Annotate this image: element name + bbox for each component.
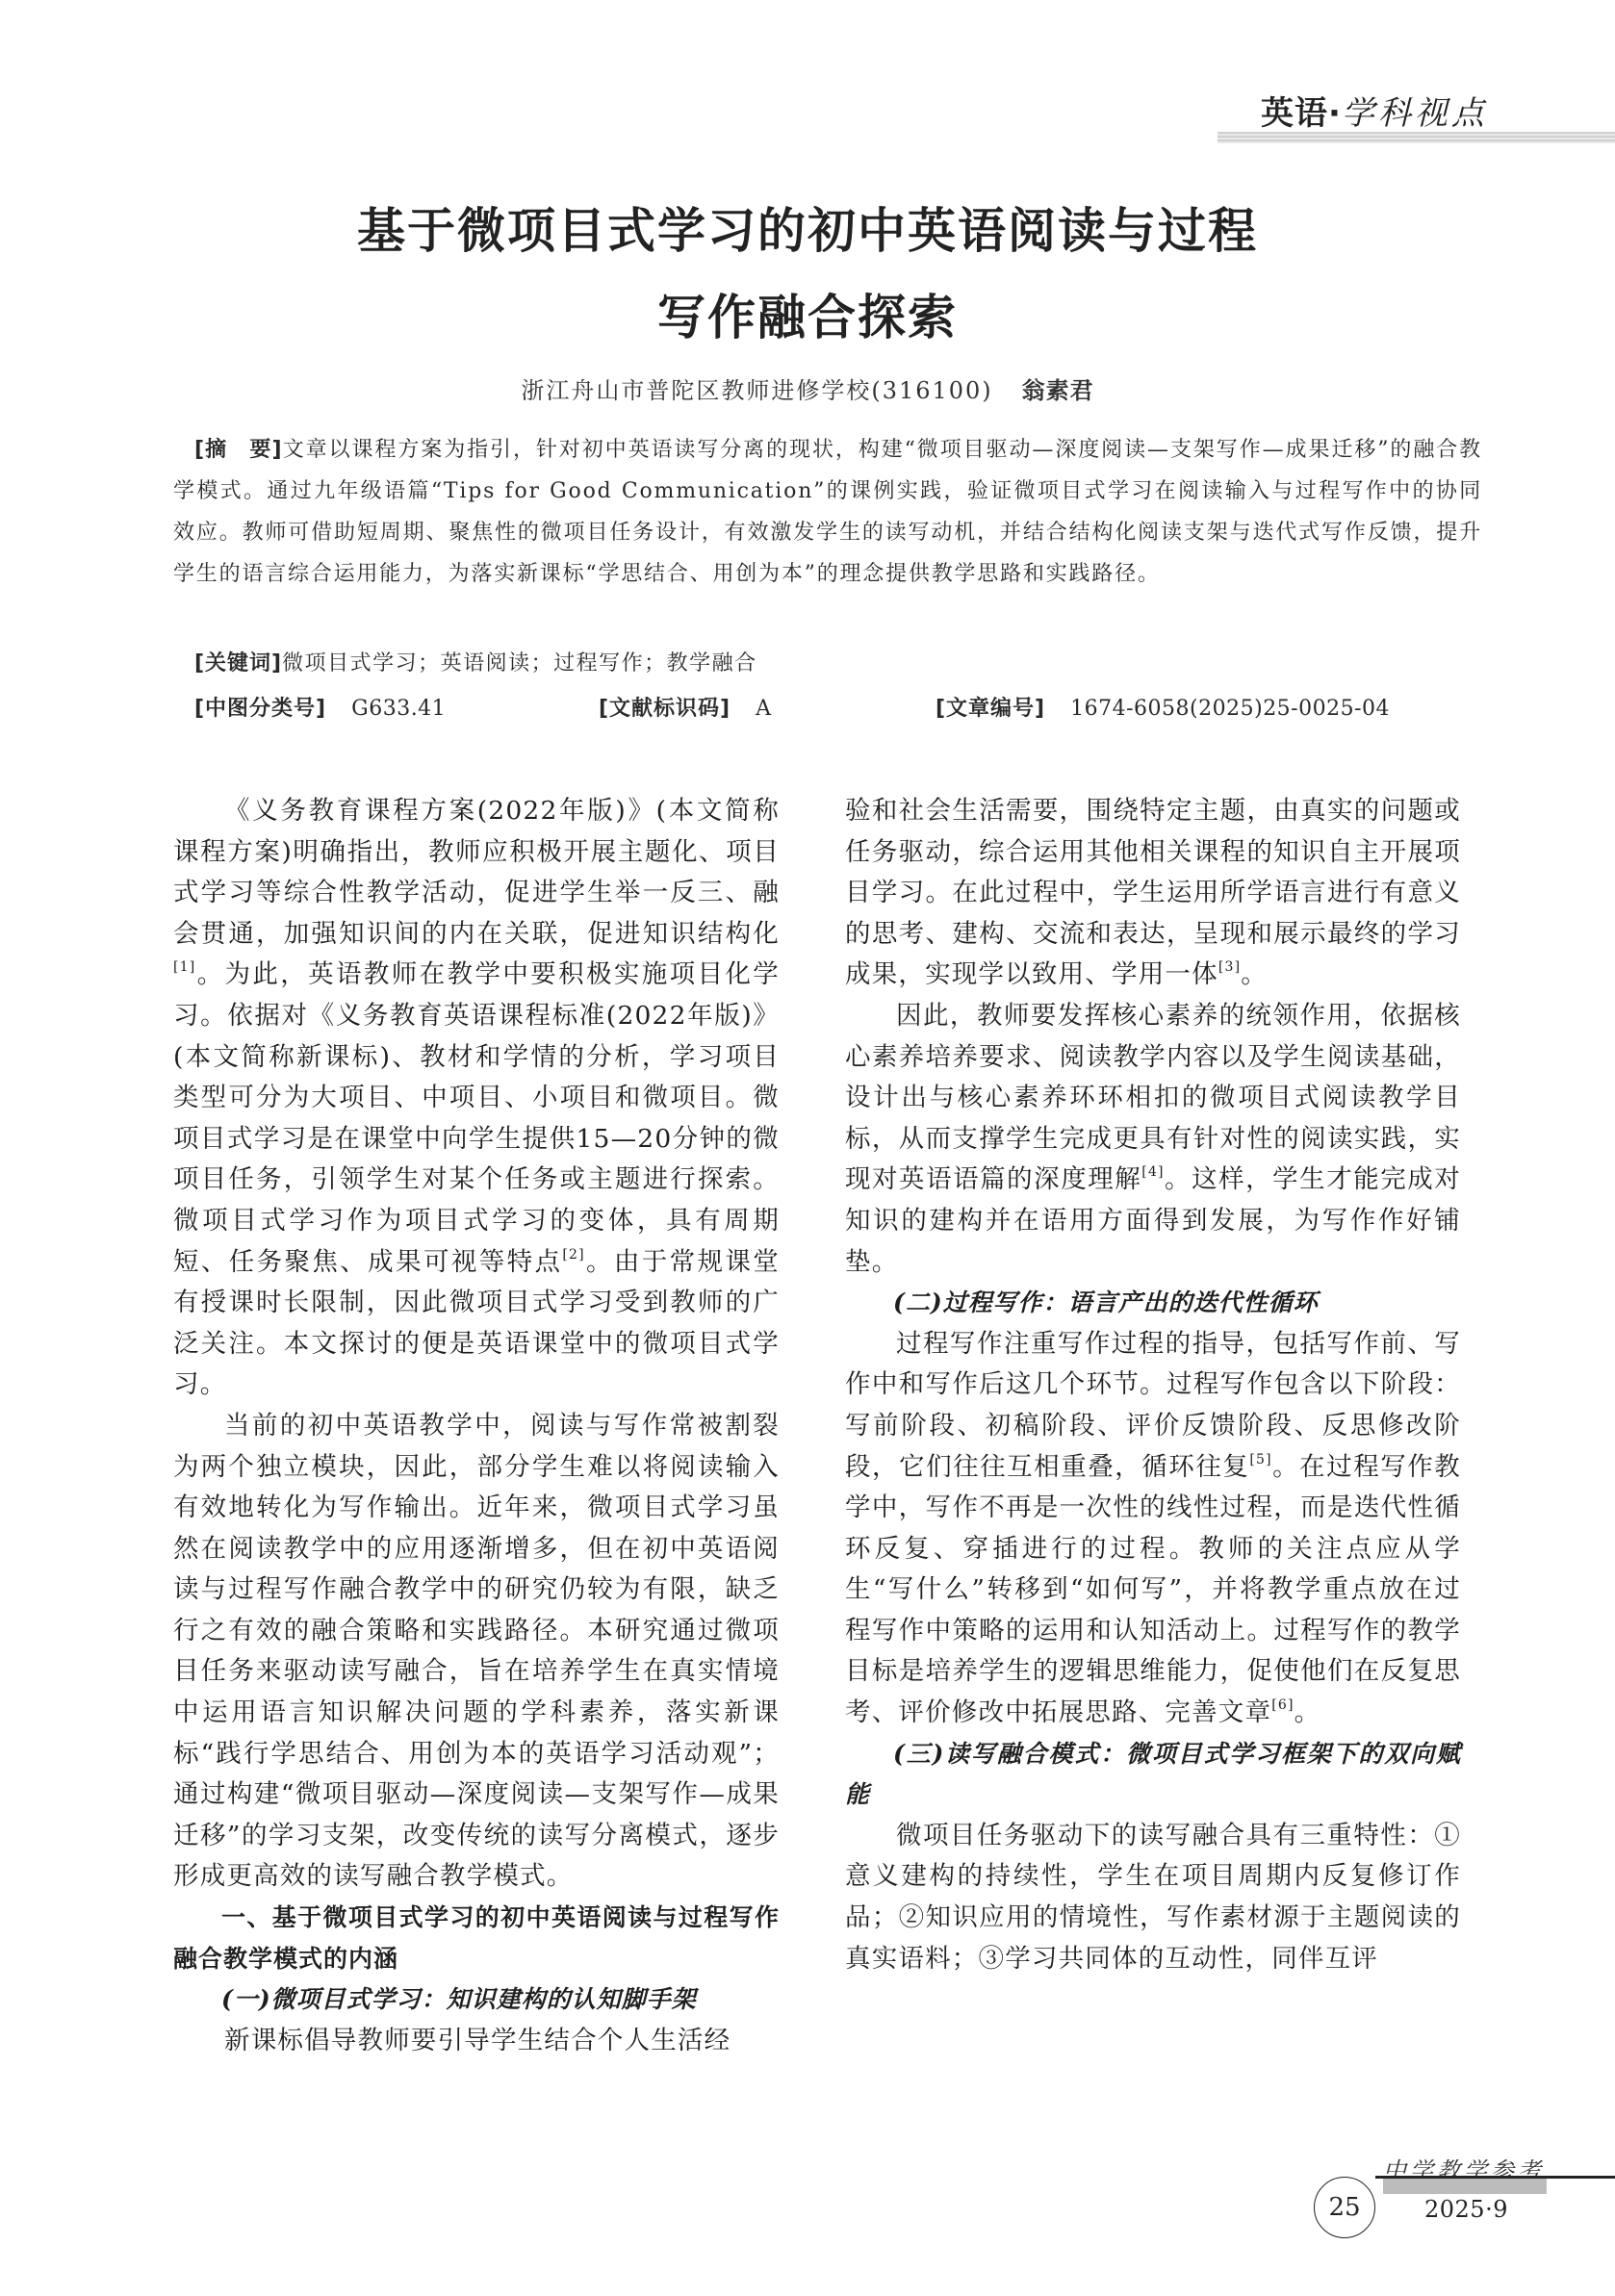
citation: [4] (1141, 1164, 1164, 1180)
author-affiliation: 浙江舟山市普陀区教师进修学校(316100) (521, 377, 992, 404)
paragraph-text: 验和社会生活需要，围绕特定主题，由真实的问题或任务驱动，综合运用其他相关课程的知… (845, 796, 1461, 989)
abstract: [摘 要]文章以课程方案为指引，针对初中英语读写分离的现状，构建“微项目驱动—深… (173, 429, 1482, 595)
clc-number: [中图分类号]G633.41 (194, 692, 446, 722)
paragraph-text: 。 (1241, 959, 1268, 989)
author-line: 浙江舟山市普陀区教师进修学校(316100)翁素君 (0, 371, 1615, 405)
body-column-right: 验和社会生活需要，围绕特定主题，由真实的问题或任务驱动，综合运用其他相关课程的知… (845, 791, 1461, 1979)
article-title-line-2: 写作融合探索 (0, 279, 1615, 348)
citation: [5] (1249, 1452, 1271, 1467)
keywords-text: 微项目式学习；英语阅读；过程写作；教学融合 (282, 651, 757, 676)
document-code: [文献标识码]A (599, 692, 772, 722)
keywords-label: [关键词] (194, 651, 282, 676)
abstract-label: [摘 要] (194, 438, 283, 462)
page-number: 25 (1314, 2177, 1375, 2238)
journal-issue: 2025·9 (1424, 2196, 1508, 2223)
footer-decorative-bar (1383, 2179, 1547, 2194)
author-name: 翁素君 (1022, 377, 1094, 404)
citation: [6] (1271, 1697, 1294, 1713)
paragraph-text: 《义务教育课程方案(2022年版)》(本文简称课程方案)明确指出，教师应积极开展… (173, 796, 780, 949)
citation: [3] (1218, 959, 1241, 975)
paragraph: 《义务教育课程方案(2022年版)》(本文简称课程方案)明确指出，教师应积极开展… (173, 791, 780, 1406)
paragraph: 新课标倡导教师要引导学生结合个人生活经 (173, 2021, 780, 2062)
abstract-text: 文章以课程方案为指引，针对初中英语读写分离的现状，构建“微项目驱动—深度阅读—支… (173, 438, 1482, 586)
doc-code-label: [文献标识码] (599, 697, 731, 721)
clc-label: [中图分类号] (194, 697, 326, 721)
keywords: [关键词]微项目式学习；英语阅读；过程写作；教学融合 (194, 647, 757, 676)
paragraph: 因此，教师要发挥核心素养的统领作用，依据核心素养培养要求、阅读教学内容以及学生阅… (845, 996, 1461, 1283)
citation: [1] (173, 959, 195, 975)
subsection-heading-2: (二)过程写作：语言产出的迭代性循环 (845, 1283, 1461, 1324)
running-header: 英语·学科视点 (1261, 87, 1488, 134)
paragraph-text: 。在过程写作教学中，写作不再是一次性的线性过程，而是迭代性循环反复、穿插进行的过… (845, 1452, 1461, 1728)
article-no-label: [文章编号] (936, 697, 1045, 721)
header-decorative-bar (1218, 132, 1615, 143)
body-column-left: 《义务教育课程方案(2022年版)》(本文简称课程方案)明确指出，教师应积极开展… (173, 791, 780, 2061)
article-title-line-1: 基于微项目式学习的初中英语阅读与过程 (0, 192, 1615, 262)
running-header-subject: 英语· (1261, 94, 1342, 133)
article-no-value: 1674-6058(2025)25-0025-04 (1070, 697, 1390, 721)
doc-code-value: A (756, 697, 771, 721)
subsection-heading-3: (三)读写融合模式：微项目式学习框架下的双向赋能 (845, 1734, 1461, 1816)
citation: [2] (562, 1247, 584, 1263)
paragraph: 验和社会生活需要，围绕特定主题，由真实的问题或任务驱动，综合运用其他相关课程的知… (845, 791, 1461, 996)
paragraph: 过程写作注重写作过程的指导，包括写作前、写作中和写作后这几个环节。过程写作包含以… (845, 1324, 1461, 1734)
section-heading-1: 一、基于微项目式学习的初中英语阅读与过程写作融合教学模式的内涵 (173, 1898, 780, 1979)
subsection-heading-1: (一)微项目式学习：知识建构的认知脚手架 (173, 1979, 780, 2021)
paragraph-text: 。 (1295, 1697, 1321, 1727)
paragraph-text: 。为此，英语教师在教学中要积极实施项目化学习。依据对《义务教育英语课程标准(20… (173, 959, 780, 1276)
clc-value: G633.41 (351, 697, 446, 721)
paragraph: 当前的初中英语教学中，阅读与写作常被割裂为两个独立模块，因此，部分学生难以将阅读… (173, 1406, 780, 1898)
paragraph: 微项目任务驱动下的读写融合具有三重特性：①意义建构的持续性，学生在项目周期内反复… (845, 1816, 1461, 1979)
article-number: [文章编号]1674-6058(2025)25-0025-04 (936, 692, 1390, 722)
running-header-column: 学科视点 (1342, 94, 1488, 133)
